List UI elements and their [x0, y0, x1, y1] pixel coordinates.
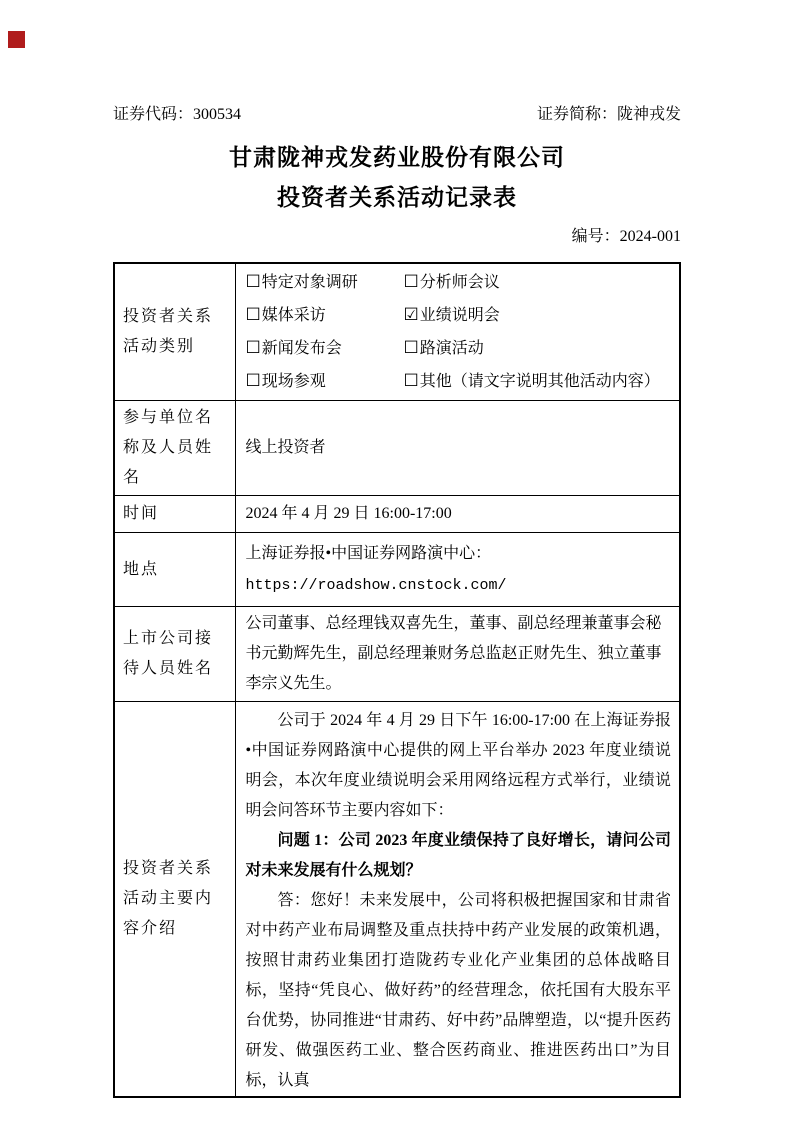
- serial-number: 编号：2024-001: [113, 226, 681, 248]
- option-roadshow: ☐路演活动: [404, 332, 672, 365]
- row-hosts: 上市公司接待人员姓名 公司董事、总经理钱双喜先生，董事、副总经理兼董事会秘书元勤…: [114, 607, 680, 702]
- row-activity-type: 投资者关系活动类别 ☐特定对象调研 ☐分析师会议 ☐媒体采访 ☑业: [114, 263, 680, 401]
- location-value: 上海证券报•中国证券网路演中心： https://roadshow.cnstoc…: [235, 533, 680, 607]
- option-media-interview: ☐媒体采访: [246, 299, 404, 332]
- option-label: 特定对象调研: [262, 274, 358, 291]
- document-page: 证券代码：300534 证券简称：陇神戎发 甘肃陇神戎发药业股份有限公司 投资者…: [0, 0, 793, 1122]
- checkbox-unchecked-icon: ☐: [246, 305, 261, 324]
- location-line1: 上海证券报•中国证券网路演中心：: [246, 538, 672, 570]
- row-location: 地点 上海证券报•中国证券网路演中心： https://roadshow.cns…: [114, 533, 680, 607]
- checkbox-unchecked-icon: ☐: [404, 371, 419, 390]
- option-survey: ☐特定对象调研: [246, 266, 404, 299]
- main-content-label: 投资者关系活动主要内容介绍: [114, 702, 235, 1098]
- record-table: 投资者关系活动类别 ☐特定对象调研 ☐分析师会议 ☐媒体采访 ☑业: [113, 262, 681, 1098]
- participants-value: 线上投资者: [235, 401, 680, 496]
- location-label: 地点: [114, 533, 235, 607]
- roadshow-url-link[interactable]: https://roadshow.cnstock.com/: [246, 570, 672, 602]
- activity-type-label: 投资者关系活动类别: [114, 263, 235, 401]
- checkbox-checked-icon: ☑: [404, 305, 419, 324]
- stock-code: 证券代码：300534: [113, 104, 241, 126]
- option-label: 业绩说明会: [420, 307, 500, 324]
- time-label: 时间: [114, 496, 235, 533]
- main-content-body: 公司于 2024 年 4 月 29 日下午 16:00-17:00 在上海证券报…: [235, 702, 680, 1098]
- option-site-visit: ☐现场参观: [246, 365, 404, 398]
- row-main-content: 投资者关系活动主要内容介绍 公司于 2024 年 4 月 29 日下午 16:0…: [114, 702, 680, 1098]
- checkbox-unchecked-icon: ☐: [404, 338, 419, 357]
- company-title: 甘肃陇神戎发药业股份有限公司: [113, 142, 681, 174]
- row-time: 时间 2024 年 4 月 29 日 16:00-17:00: [114, 496, 680, 533]
- option-label: 媒体采访: [262, 307, 326, 324]
- hosts-label: 上市公司接待人员姓名: [114, 607, 235, 702]
- option-label: 其他（请文字说明其他活动内容）: [420, 373, 660, 390]
- option-earnings-briefing: ☑业绩说明会: [404, 299, 672, 332]
- stock-short-name: 证券简称：陇神戎发: [537, 104, 681, 126]
- checkbox-grid: ☐特定对象调研 ☐分析师会议 ☐媒体采访 ☑业绩说明会 ☐新闻发布会: [246, 266, 672, 398]
- checkbox-unchecked-icon: ☐: [246, 371, 261, 390]
- answer-1: 答：您好！未来发展中，公司将积极把握国家和甘肃省对中药产业布局调整及重点扶持中药…: [246, 886, 672, 1096]
- option-label: 路演活动: [420, 340, 484, 357]
- checkbox-unchecked-icon: ☐: [404, 272, 419, 291]
- red-marker-square: [8, 31, 25, 48]
- time-value: 2024 年 4 月 29 日 16:00-17:00: [235, 496, 680, 533]
- page-content: 证券代码：300534 证券简称：陇神戎发 甘肃陇神戎发药业股份有限公司 投资者…: [0, 0, 793, 1098]
- intro-paragraph: 公司于 2024 年 4 月 29 日下午 16:00-17:00 在上海证券报…: [246, 706, 672, 826]
- option-label: 分析师会议: [420, 274, 500, 291]
- doc-title: 投资者关系活动记录表: [113, 182, 681, 214]
- checkbox-unchecked-icon: ☐: [246, 272, 261, 291]
- document-header: 证券代码：300534 证券简称：陇神戎发: [113, 104, 681, 126]
- option-label: 现场参观: [262, 373, 326, 390]
- option-press-conference: ☐新闻发布会: [246, 332, 404, 365]
- option-analyst-meeting: ☐分析师会议: [404, 266, 672, 299]
- row-participants: 参与单位名称及人员姓名 线上投资者: [114, 401, 680, 496]
- option-label: 新闻发布会: [262, 340, 342, 357]
- hosts-value: 公司董事、总经理钱双喜先生，董事、副总经理兼董事会秘书元勤辉先生，副总经理兼财务…: [235, 607, 680, 702]
- option-other: ☐其他（请文字说明其他活动内容）: [404, 365, 672, 398]
- participants-label: 参与单位名称及人员姓名: [114, 401, 235, 496]
- question-1: 问题 1：公司 2023 年度业绩保持了良好增长，请问公司对未来发展有什么规划？: [246, 826, 672, 886]
- activity-type-options: ☐特定对象调研 ☐分析师会议 ☐媒体采访 ☑业绩说明会 ☐新闻发布会: [235, 263, 680, 401]
- checkbox-unchecked-icon: ☐: [246, 338, 261, 357]
